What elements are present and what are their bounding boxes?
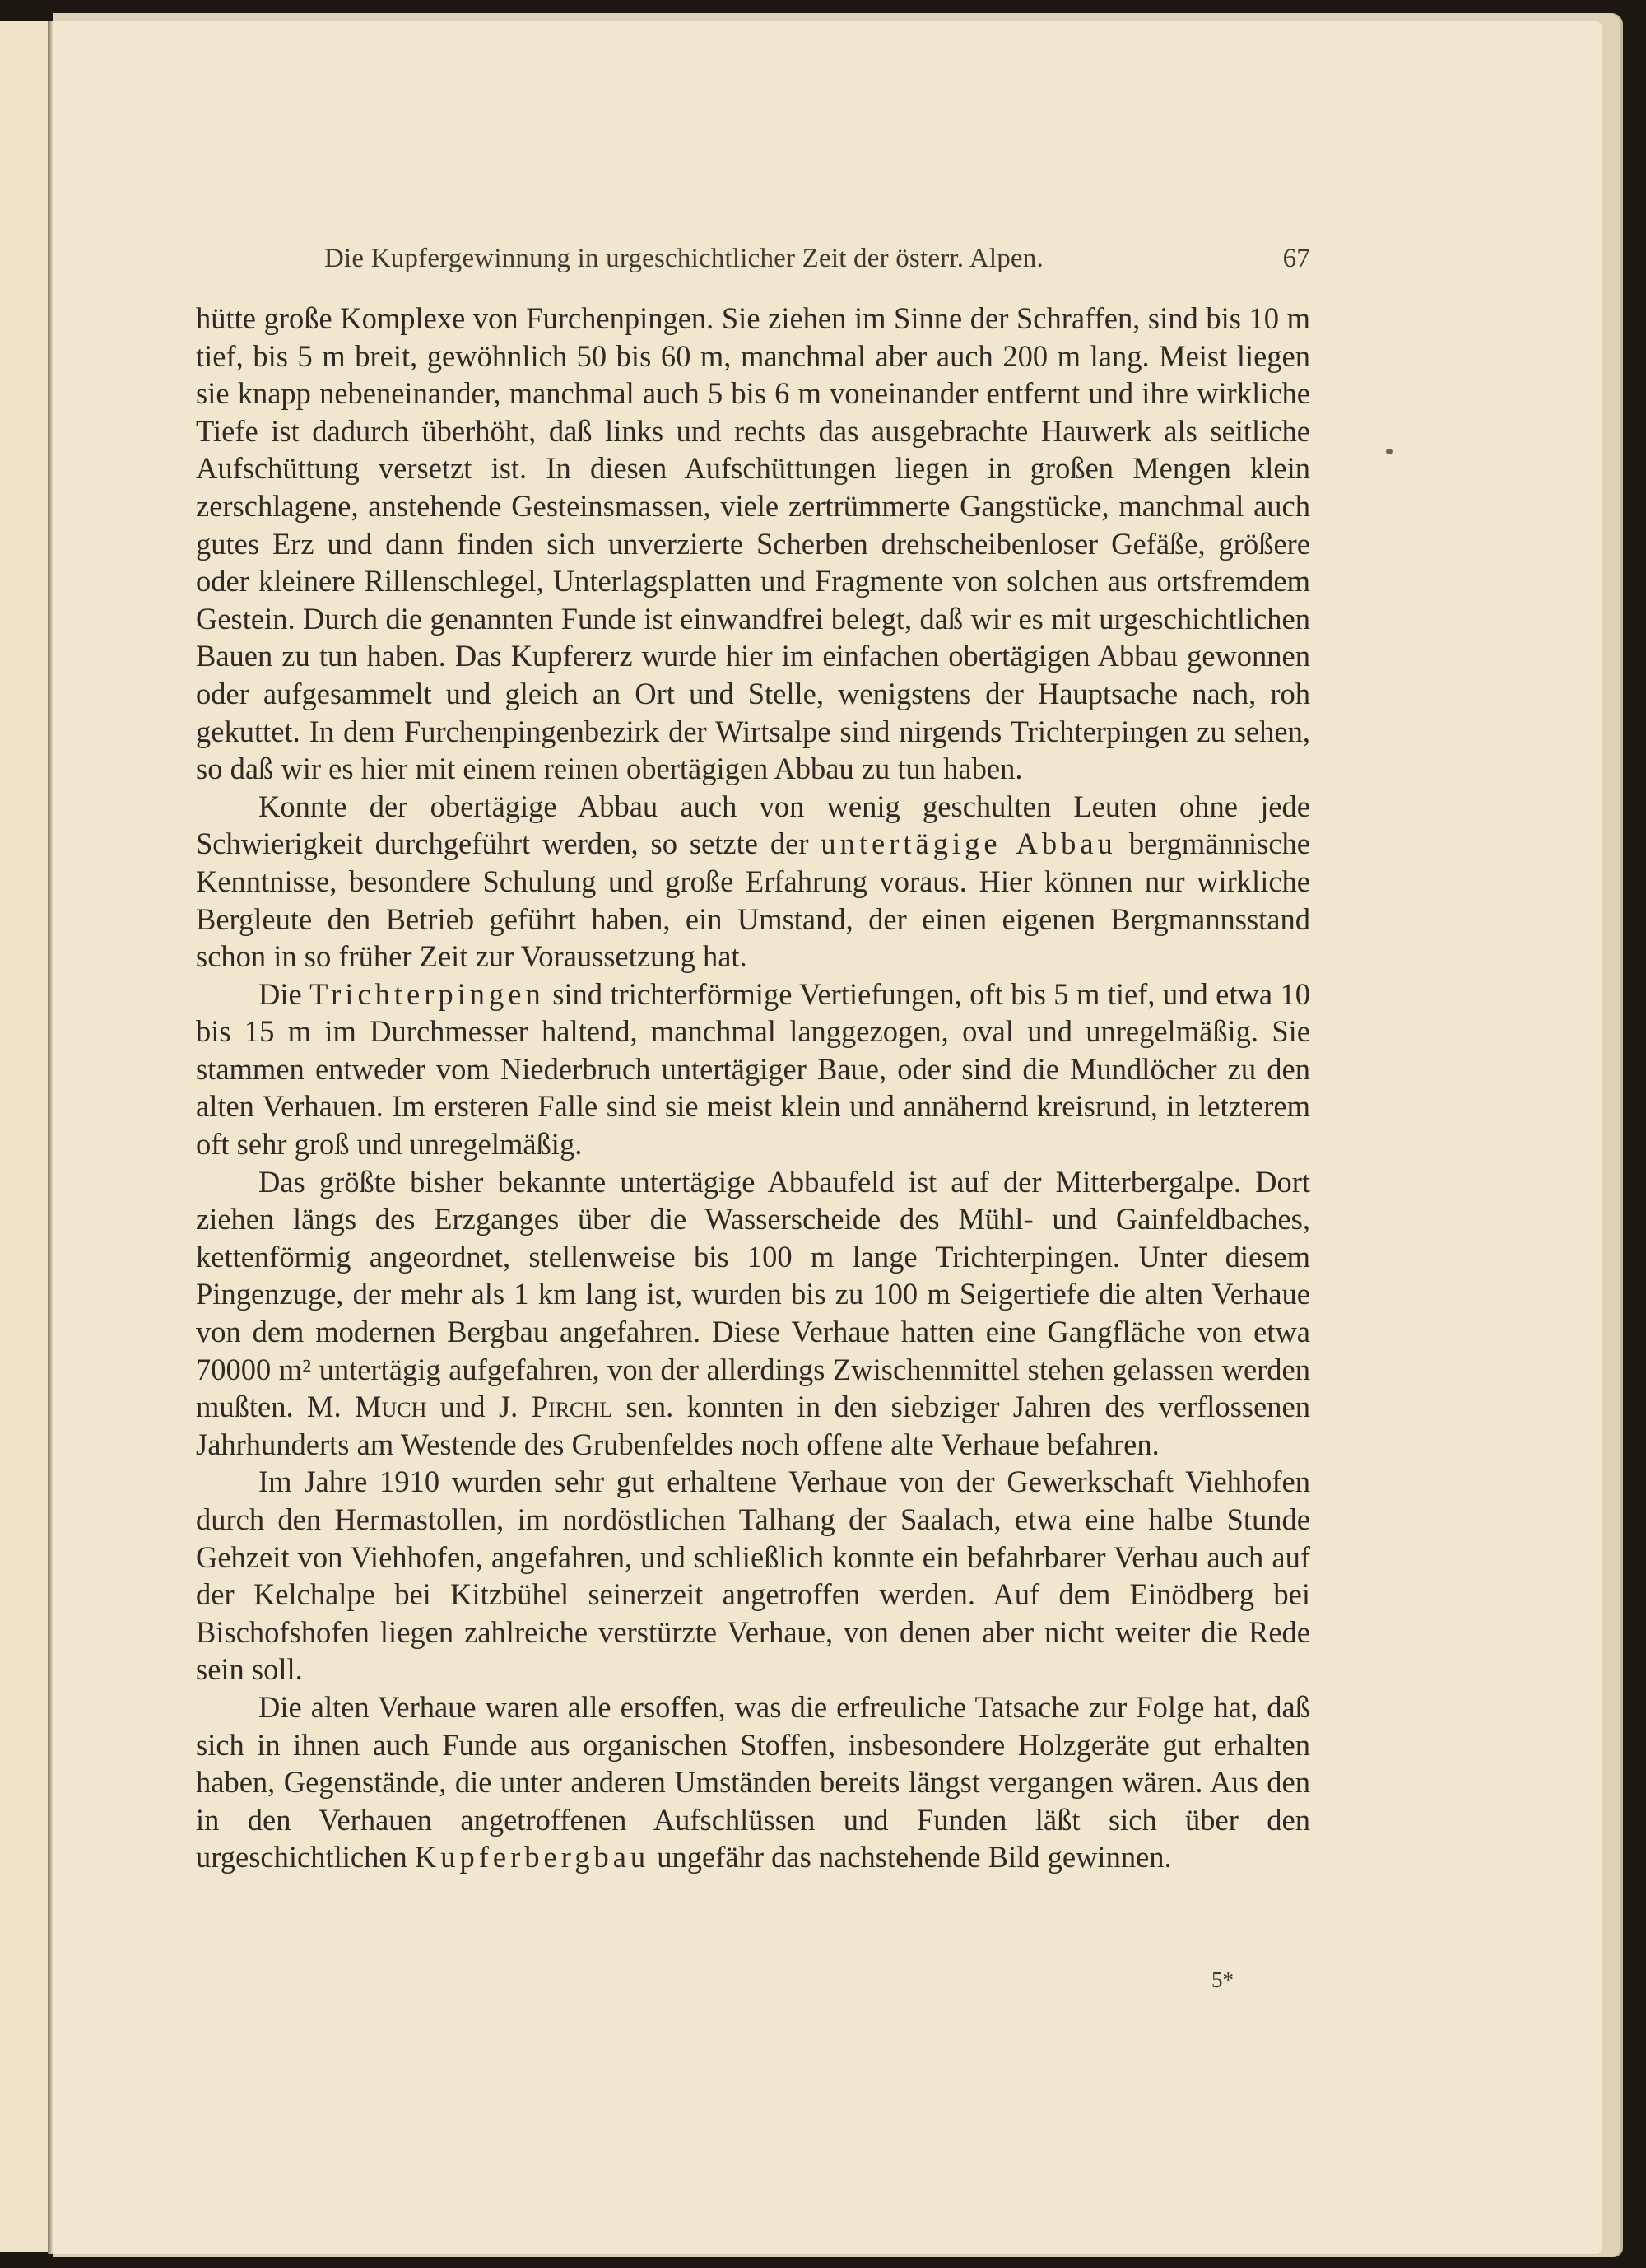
facing-page-edge	[0, 21, 49, 2252]
text-run: Im Jahre 1910 wurden sehr gut erhaltene …	[196, 1465, 1310, 1686]
signature-mark: 5*	[1211, 1968, 1234, 1993]
paper-speck	[1386, 449, 1393, 454]
paragraph: Im Jahre 1910 wurden sehr gut erhaltene …	[196, 1463, 1310, 1688]
text-run: hütte große Komplexe von Furchenpingen. …	[196, 301, 1310, 785]
running-title: Die Kupfergewinnung in urgeschichtlicher…	[324, 244, 1044, 273]
paragraph: Das größte bisher bekannte untertägige A…	[196, 1163, 1310, 1464]
page-number: 67	[1283, 244, 1310, 274]
paragraph: hütte große Komplexe von Furchenpingen. …	[196, 300, 1310, 788]
paragraph: Die alten Verhaue waren alle ersoffen, w…	[196, 1688, 1310, 1876]
text-run: Das größte bisher bekannte untertägige A…	[196, 1165, 1310, 1424]
author-name: Pirchl	[532, 1390, 612, 1423]
running-head: Die Kupfergewinnung in urgeschichtlicher…	[324, 244, 1310, 274]
body-text: hütte große Komplexe von Furchenpingen. …	[196, 300, 1310, 1876]
text-run: ungefähr das nachstehende Bild gewinnen.	[649, 1840, 1172, 1874]
emphasized-term: Trichterpingen	[309, 977, 545, 1011]
text-run: und J.	[426, 1390, 531, 1423]
emphasized-term: untertägige Abbau	[821, 827, 1116, 860]
emphasized-term: Kupferbergbau	[415, 1840, 649, 1874]
paragraph: Die Trichterpingen sind trichterförmige …	[196, 976, 1310, 1163]
author-name: Much	[355, 1390, 426, 1423]
paragraph: Konnte der obertägige Abbau auch von wen…	[196, 788, 1310, 976]
text-run: Die	[258, 977, 309, 1011]
